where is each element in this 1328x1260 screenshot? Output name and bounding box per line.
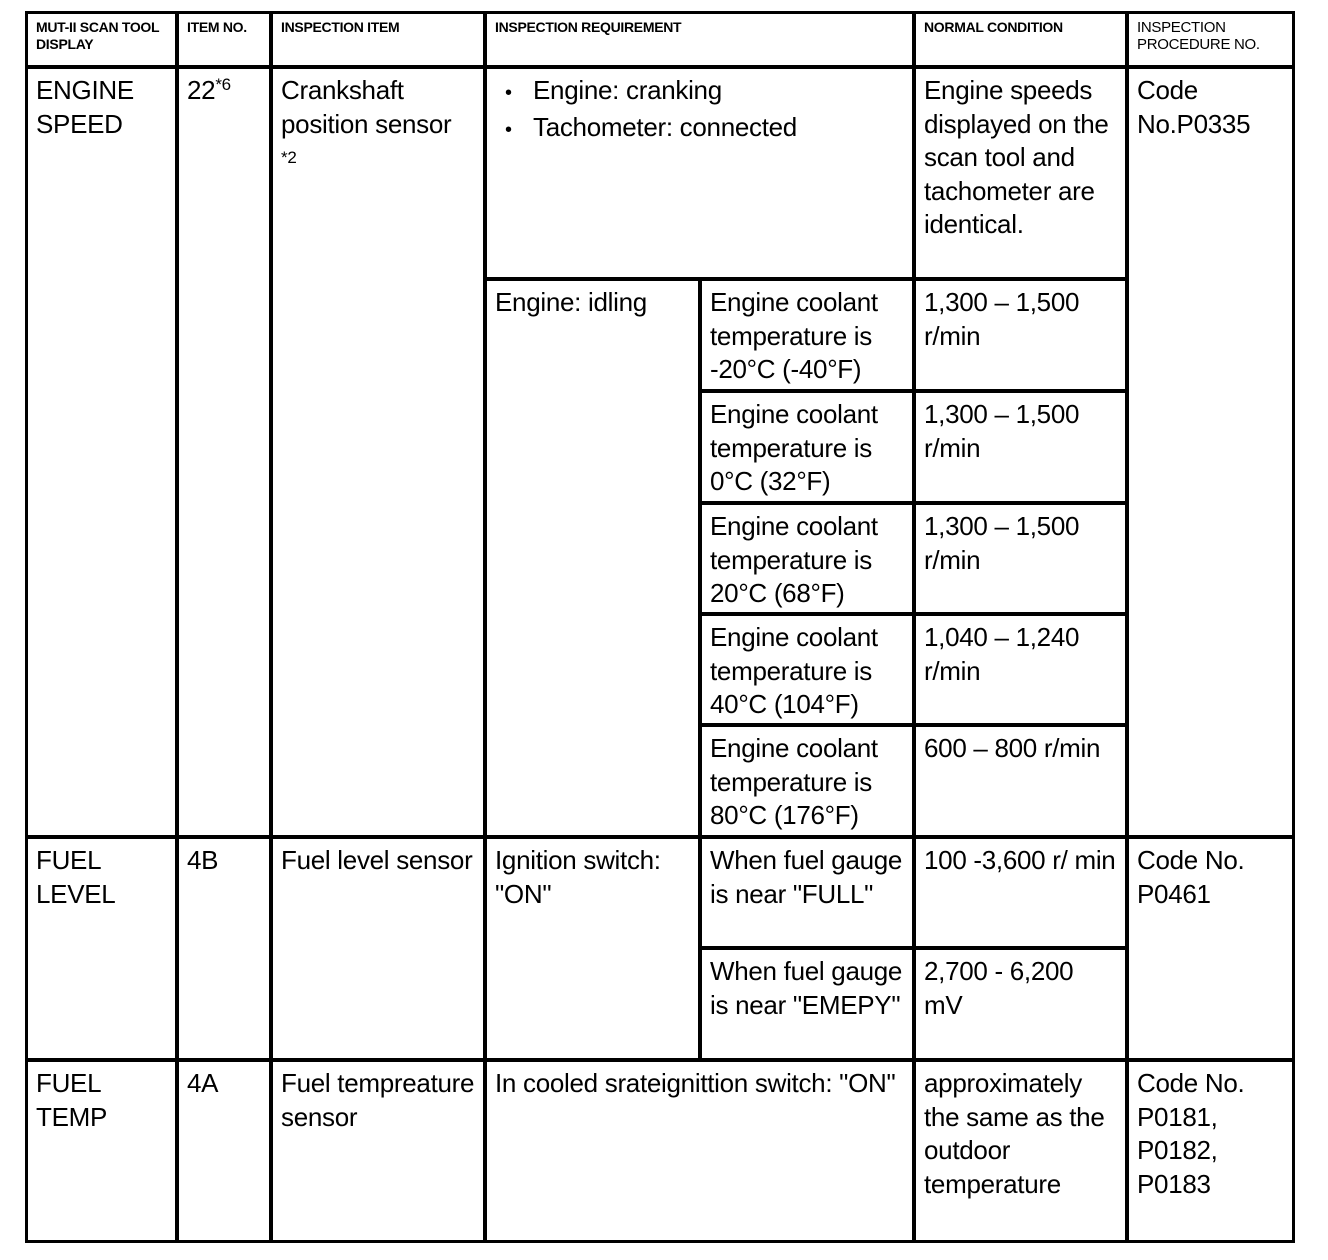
header-inspection-item: INSPECTION ITEM bbox=[270, 11, 486, 68]
inspection-table: MUT-II SCAN TOOL DISPLAY ITEM NO. INSPEC… bbox=[0, 0, 1328, 1260]
idling-normal: 1,040 – 1,240 r/min bbox=[913, 613, 1128, 726]
header-procedure-no: INSPECTION PROCEDURE NO. bbox=[1126, 11, 1295, 68]
idling-condition: Engine coolant temperature is 20°C (68°F… bbox=[699, 502, 915, 615]
inspection-item-text: Crankshaft position sensor bbox=[281, 75, 451, 139]
fuel-temp-normal: approximately the same as the outdoor te… bbox=[913, 1059, 1128, 1243]
fuel-temp-display: FUEL TEMP bbox=[25, 1059, 178, 1243]
fuel-level-requirement: Ignition switch: "ON" bbox=[484, 836, 701, 1061]
engine-speed-display: ENGINE SPEED bbox=[25, 66, 178, 838]
fuel-level-inspection-item: Fuel level sensor bbox=[270, 836, 486, 1061]
engine-speed-cranking-normal: Engine speeds displayed on the scan tool… bbox=[913, 66, 1128, 280]
engine-speed-cranking-requirement: Engine: cranking Tachometer: connected bbox=[484, 66, 915, 280]
footnote-marker: *6 bbox=[215, 75, 230, 94]
engine-speed-item-no: 22*6 bbox=[176, 66, 272, 838]
fuel-level-normal: 2,700 - 6,200 mV bbox=[913, 947, 1128, 1061]
engine-speed-procedure: Code No.P0335 bbox=[1126, 66, 1295, 838]
idling-condition: Engine coolant temperature is 0°C (32°F) bbox=[699, 390, 915, 504]
header-item-no: ITEM NO. bbox=[176, 11, 272, 68]
fuel-temp-requirement: In cooled srateignittion switch: "ON" bbox=[484, 1059, 915, 1243]
fuel-level-item-no: 4B bbox=[176, 836, 272, 1061]
idling-normal: 1,300 – 1,500 r/min bbox=[913, 390, 1128, 504]
idling-normal: 1,300 – 1,500 r/min bbox=[913, 278, 1128, 392]
engine-idling-requirement: Engine: idling bbox=[484, 278, 701, 838]
fuel-level-normal: 100 -3,600 r/ min bbox=[913, 836, 1128, 949]
header-scan-tool-display: MUT-II SCAN TOOL DISPLAY bbox=[25, 11, 178, 68]
requirement-bullet: Tachometer: connected bbox=[505, 111, 904, 148]
idling-condition: Engine coolant temperature is 80°C (176°… bbox=[699, 724, 915, 838]
idling-normal: 1,300 – 1,500 r/min bbox=[913, 502, 1128, 615]
requirement-bullet: Engine: cranking bbox=[505, 74, 904, 111]
fuel-temp-inspection-item: Fuel tempreature sensor bbox=[270, 1059, 486, 1243]
header-inspection-requirement: INSPECTION REQUIREMENT bbox=[484, 11, 915, 68]
idling-normal: 600 – 800 r/min bbox=[913, 724, 1128, 838]
fuel-level-display: FUEL LEVEL bbox=[25, 836, 178, 1061]
fuel-temp-item-no: 4A bbox=[176, 1059, 272, 1243]
fuel-level-procedure: Code No. P0461 bbox=[1126, 836, 1295, 1061]
fuel-level-condition: When fuel gauge is near "EMEPY" bbox=[699, 947, 915, 1061]
item-no: 22 bbox=[187, 75, 215, 105]
fuel-level-condition: When fuel gauge is near "FULL" bbox=[699, 836, 915, 949]
engine-speed-inspection-item: Crankshaft position sensor *2 bbox=[270, 66, 486, 838]
fuel-temp-procedure: Code No. P0181, P0182, P0183 bbox=[1126, 1059, 1295, 1243]
idling-condition: Engine coolant temperature is -20°C (-40… bbox=[699, 278, 915, 392]
idling-condition: Engine coolant temperature is 40°C (104°… bbox=[699, 613, 915, 726]
footnote-marker: *2 bbox=[281, 141, 475, 175]
header-normal-condition: NORMAL CONDITION bbox=[913, 11, 1128, 68]
